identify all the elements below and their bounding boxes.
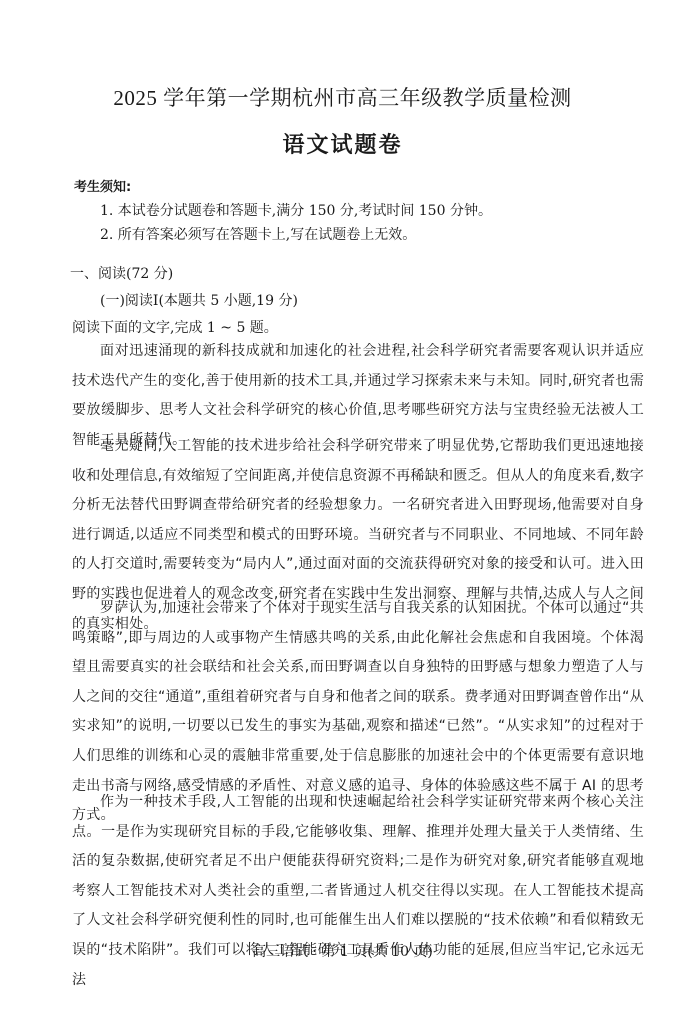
passage-paragraph: 作为一种技术手段,人工智能的出现和快速崛起给社会科学实证研究带来两个核心关注点。…: [72, 788, 644, 995]
notice-item: 2. 所有答案必须写在答题卡上,写在试题卷上无效。: [100, 224, 416, 244]
exam-subtitle: 语文试题卷: [0, 128, 685, 159]
notice-item: 1. 本试卷分试题卷和答题卡,满分 150 分,考试时间 150 分钟。: [100, 200, 492, 220]
exam-title: 2025 学年第一学期杭州市高三年级教学质量检测: [0, 82, 685, 112]
page-footer: 高三语试 · 第 1 页(共 10 页): [0, 941, 685, 961]
section-title: 一、阅读(72 分): [70, 263, 173, 283]
notice-heading: 考生须知:: [74, 176, 131, 195]
subsection-title: (一)阅读Ⅰ(本题共 5 小题,19 分): [100, 290, 298, 310]
reading-instruction: 阅读下面的文字,完成 1 ~ 5 题。: [72, 317, 278, 337]
